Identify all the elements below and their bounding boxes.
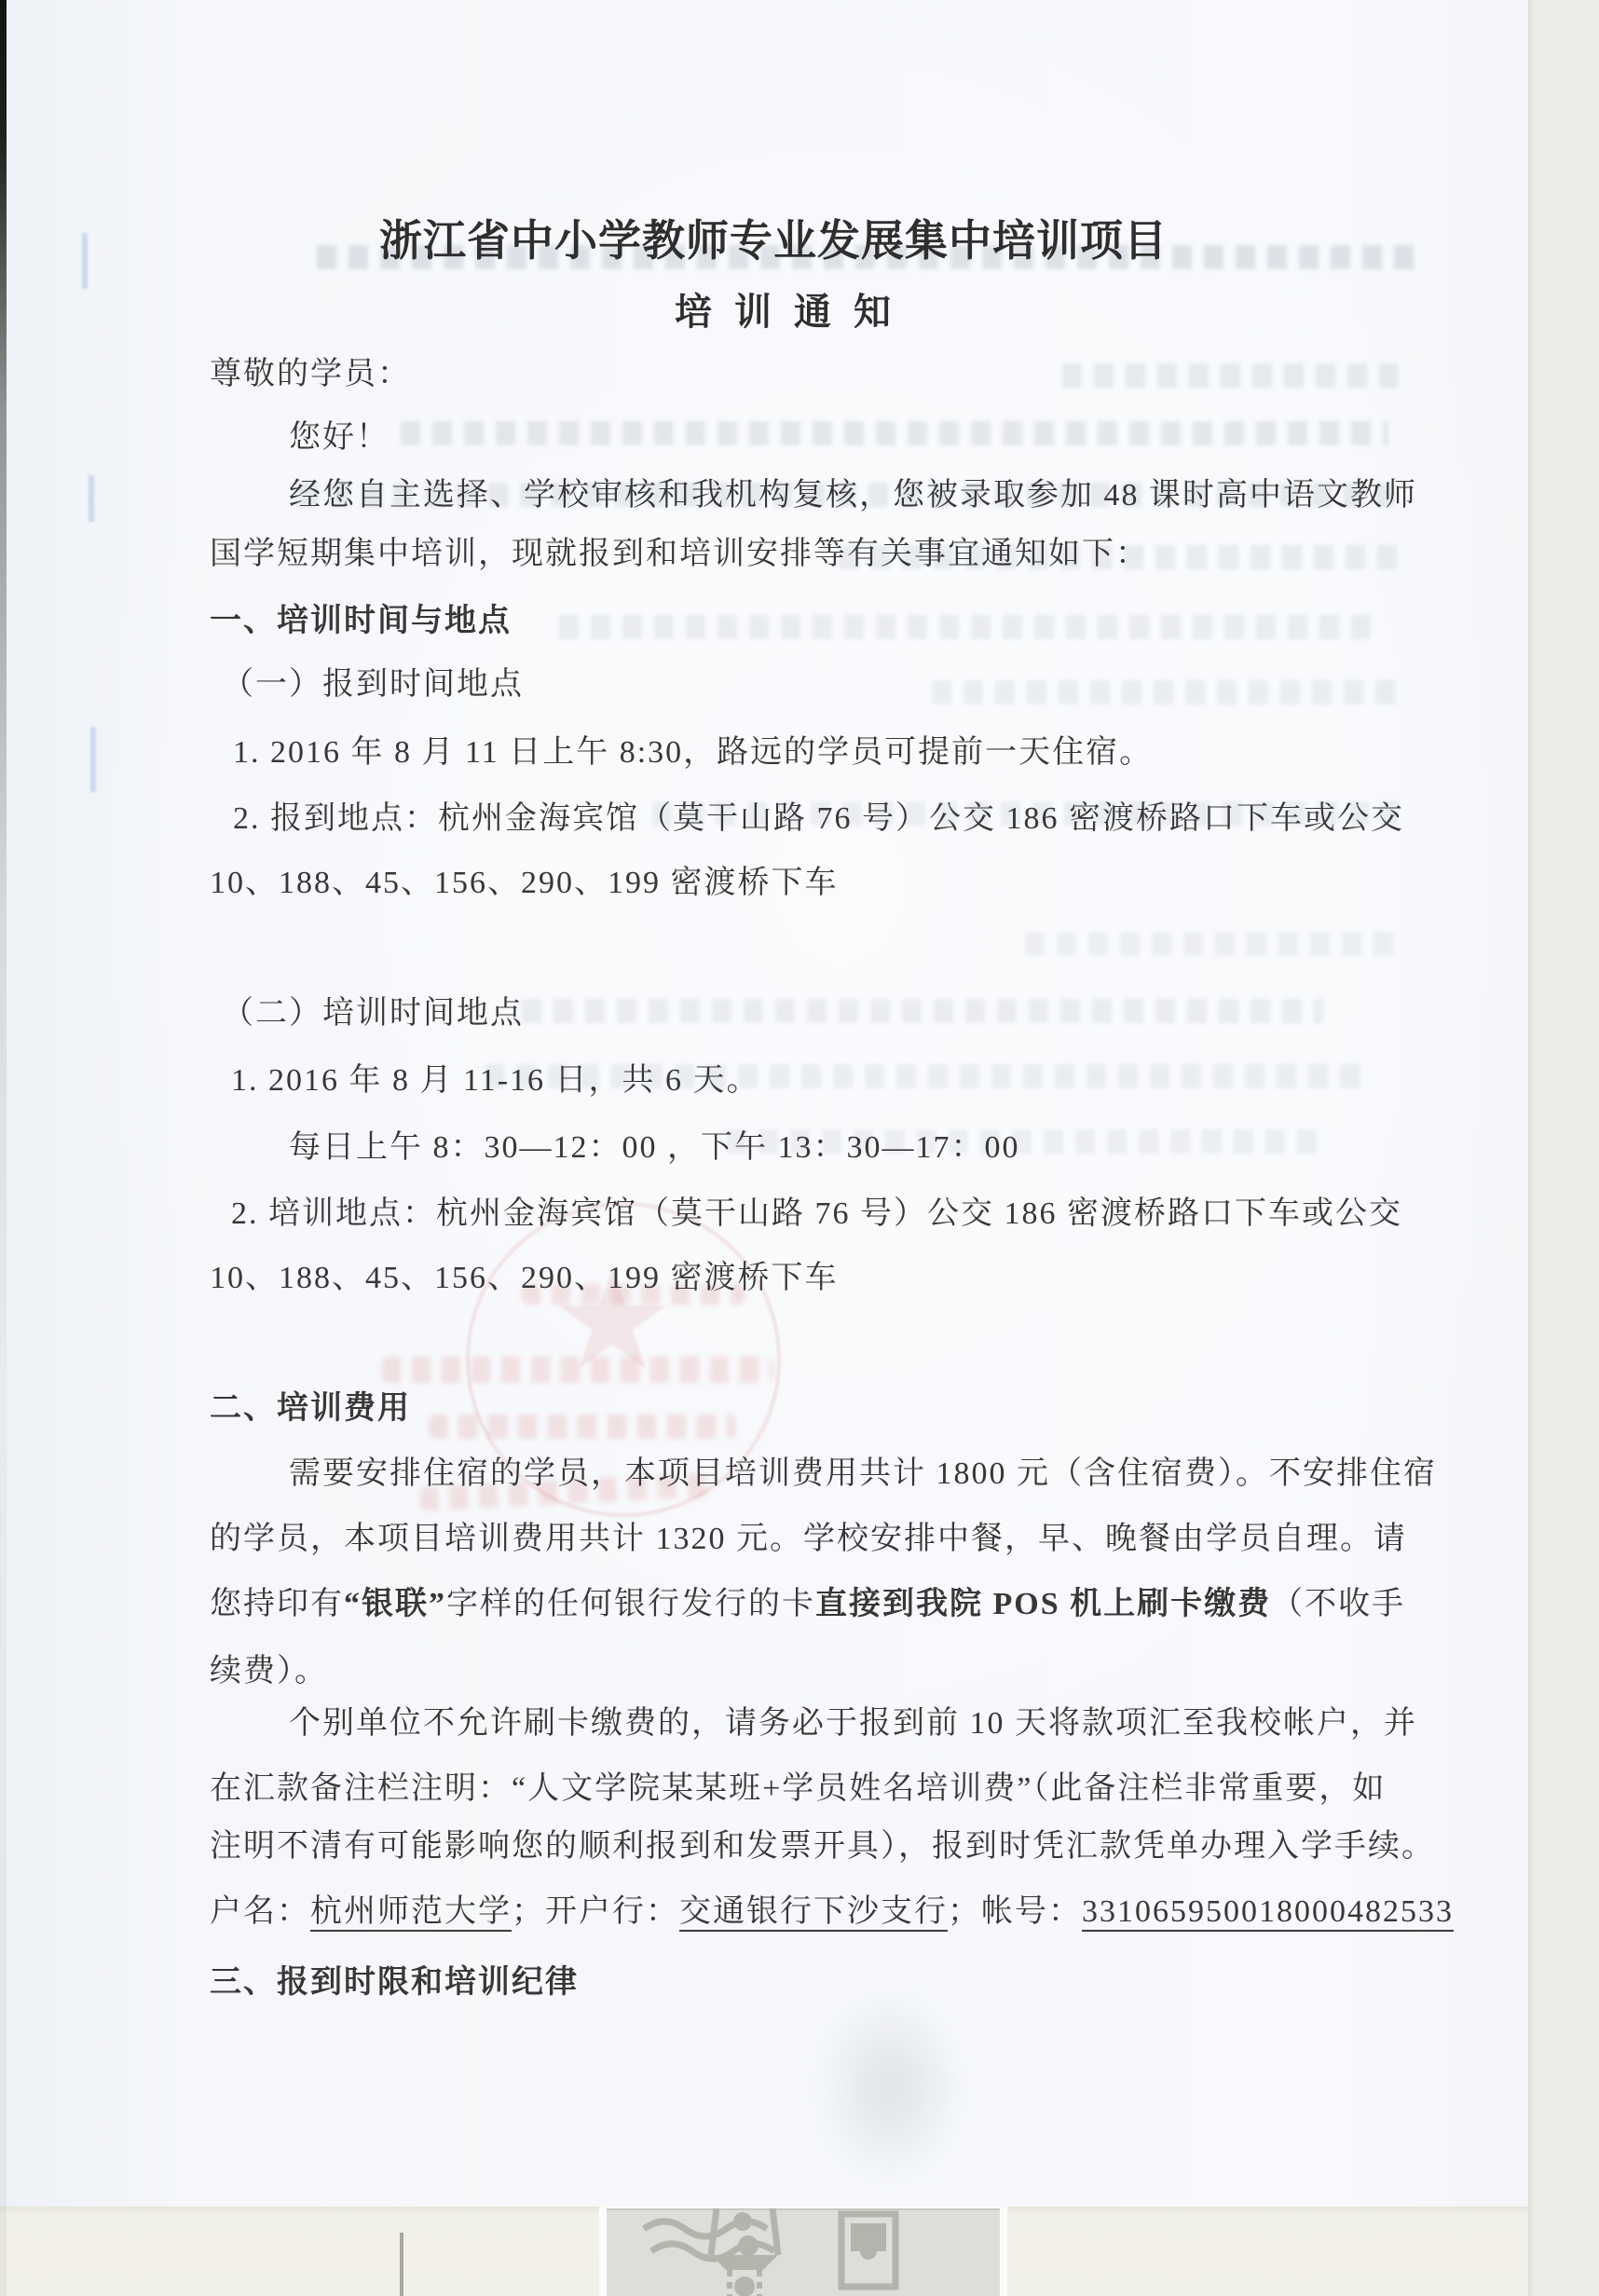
seal-text-smear (382, 1357, 773, 1383)
scanned-training-notice-page: ★ 浙江省中小学教师专业发展集中培训项目 培训通知 尊敬的学员： 您好！ 经您自… (0, 0, 1599, 2296)
pencil-mark (90, 727, 96, 792)
salutation-line: 尊敬的学员： (210, 354, 411, 395)
account-name-label: 户名： (210, 1894, 310, 1929)
page-title: 浙江省中小学教师专业发展集中培训项目 (307, 207, 1239, 268)
pencil-mark (82, 233, 88, 289)
fee-line3-pos-bold: 直接到我院 POS 机上刷卡缴费 (815, 1587, 1271, 1621)
fee-para2-line2: 在汇款备注栏注明：“人文学院某某班+学员姓名培训费”（此备注栏非常重要，如 (210, 1769, 1386, 1810)
fee-line3-tail: （不收手 (1271, 1587, 1405, 1621)
section1-sub1-item1: 1. 2016 年 8 月 11 日上午 8:30，路远的学员可提前一天住宿。 (233, 732, 1153, 773)
section1-sub1-item2-cont: 10、188、45、156、290、199 密渡桥下车 (210, 863, 839, 904)
fee-para1-line1: 需要安排住宿的学员，本项目培训费用共计 1800 元（含住宿费）。不安排住宿 (289, 1454, 1437, 1495)
scanner-right-strip (1528, 0, 1599, 2296)
bleed-through-artifact (1062, 363, 1398, 388)
section1-sub1-item2: 2. 报到地点：杭州金海宾馆（莫干山路 76 号）公交 186 密渡桥路口下车或… (233, 799, 1404, 840)
separator: ； (948, 1894, 981, 1929)
thumbnail-graphics (607, 2208, 1000, 2296)
fee-para1-line4: 续费）。 (210, 1651, 328, 1692)
fee-line3-pre: 您持印有 (210, 1587, 344, 1621)
section3-heading: 三、报到时限和培训纪律 (210, 1962, 579, 2003)
bleed-through-artifact (559, 615, 1379, 639)
section1-sub2-item1: 1. 2016 年 8 月 11-16 日，共 6 天。 (231, 1060, 760, 1101)
scan-thumbnail-box (599, 2207, 1007, 2296)
intro-line-2: 国学短期集中培训，现就报到和培训安排等有关事宜通知如下： (210, 534, 1149, 575)
account-number-label: 帐号： (981, 1894, 1082, 1929)
scan-left-edge (0, 0, 7, 2296)
fee-para2-line3: 注明不清有可能影响您的顺利报到和发票开具），报到时凭汇款凭单办理入学手续。 (210, 1826, 1435, 1867)
bank-value: 交通银行下沙支行 (679, 1894, 948, 1932)
photo-frame-icon (841, 2214, 895, 2287)
fee-line3-unionpay: “银联” (344, 1587, 446, 1621)
film-strip-icon (644, 2208, 778, 2296)
bank-label: 开户行： (545, 1894, 679, 1929)
section1-sub1-heading: （一）报到时间地点 (222, 664, 524, 705)
bleed-through-artifact (1025, 932, 1398, 956)
section1-sub2-heading: （二）培训时间地点 (222, 993, 524, 1034)
separator: ； (512, 1894, 545, 1929)
account-number-value: 331065950018000482533 (1082, 1894, 1454, 1932)
fee-para2-line1: 个别单位不允许刷卡缴费的，请务必于报到前 10 天将款项汇至我校帐户，并 (289, 1703, 1417, 1744)
fee-line3-mid: 字样的任何银行发行的卡 (446, 1587, 815, 1621)
fee-para1-line3: 您持印有“银联”字样的任何银行发行的卡直接到我院 POS 机上刷卡缴费（不收手 (210, 1584, 1405, 1625)
section1-heading: 一、培训时间与地点 (210, 601, 512, 642)
section1-sub2-item1-cont: 每日上午 8：30—12：00 ，下午 13：30—17：00 (289, 1127, 1020, 1168)
bleed-through-artifact (401, 421, 1388, 445)
bleed-through-artifact (522, 999, 1323, 1023)
section1-sub2-item2: 2. 培训地点：杭州金海宾馆（莫干山路 76 号）公交 186 密渡桥路口下车或… (231, 1194, 1402, 1235)
pencil-mark (89, 475, 94, 522)
seal-text-smear (429, 1414, 736, 1439)
section2-heading: 二、培训费用 (210, 1388, 411, 1429)
paper-crease (400, 2233, 403, 2296)
intro-line-1: 经您自主选择、学校审核和我机构复核，您被录取参加 48 课时高中语文教师 (289, 475, 1417, 516)
greeting-line: 您好！ (289, 417, 389, 458)
account-info-line: 户名：杭州师范大学；开户行：交通银行下沙支行；帐号：33106595001800… (210, 1892, 1454, 1933)
bleed-through-artifact (932, 680, 1398, 704)
fee-para1-line2: 的学员，本项目培训费用共计 1320 元。学校安排中餐，早、晚餐由学员自理。请 (210, 1519, 1407, 1560)
scanner-shadow (783, 1920, 997, 2199)
section1-sub2-item2-cont: 10、188、45、156、290、199 密渡桥下车 (210, 1258, 839, 1299)
page-subtitle: 培训通知 (328, 282, 1260, 335)
account-name-value: 杭州师范大学 (310, 1894, 512, 1932)
